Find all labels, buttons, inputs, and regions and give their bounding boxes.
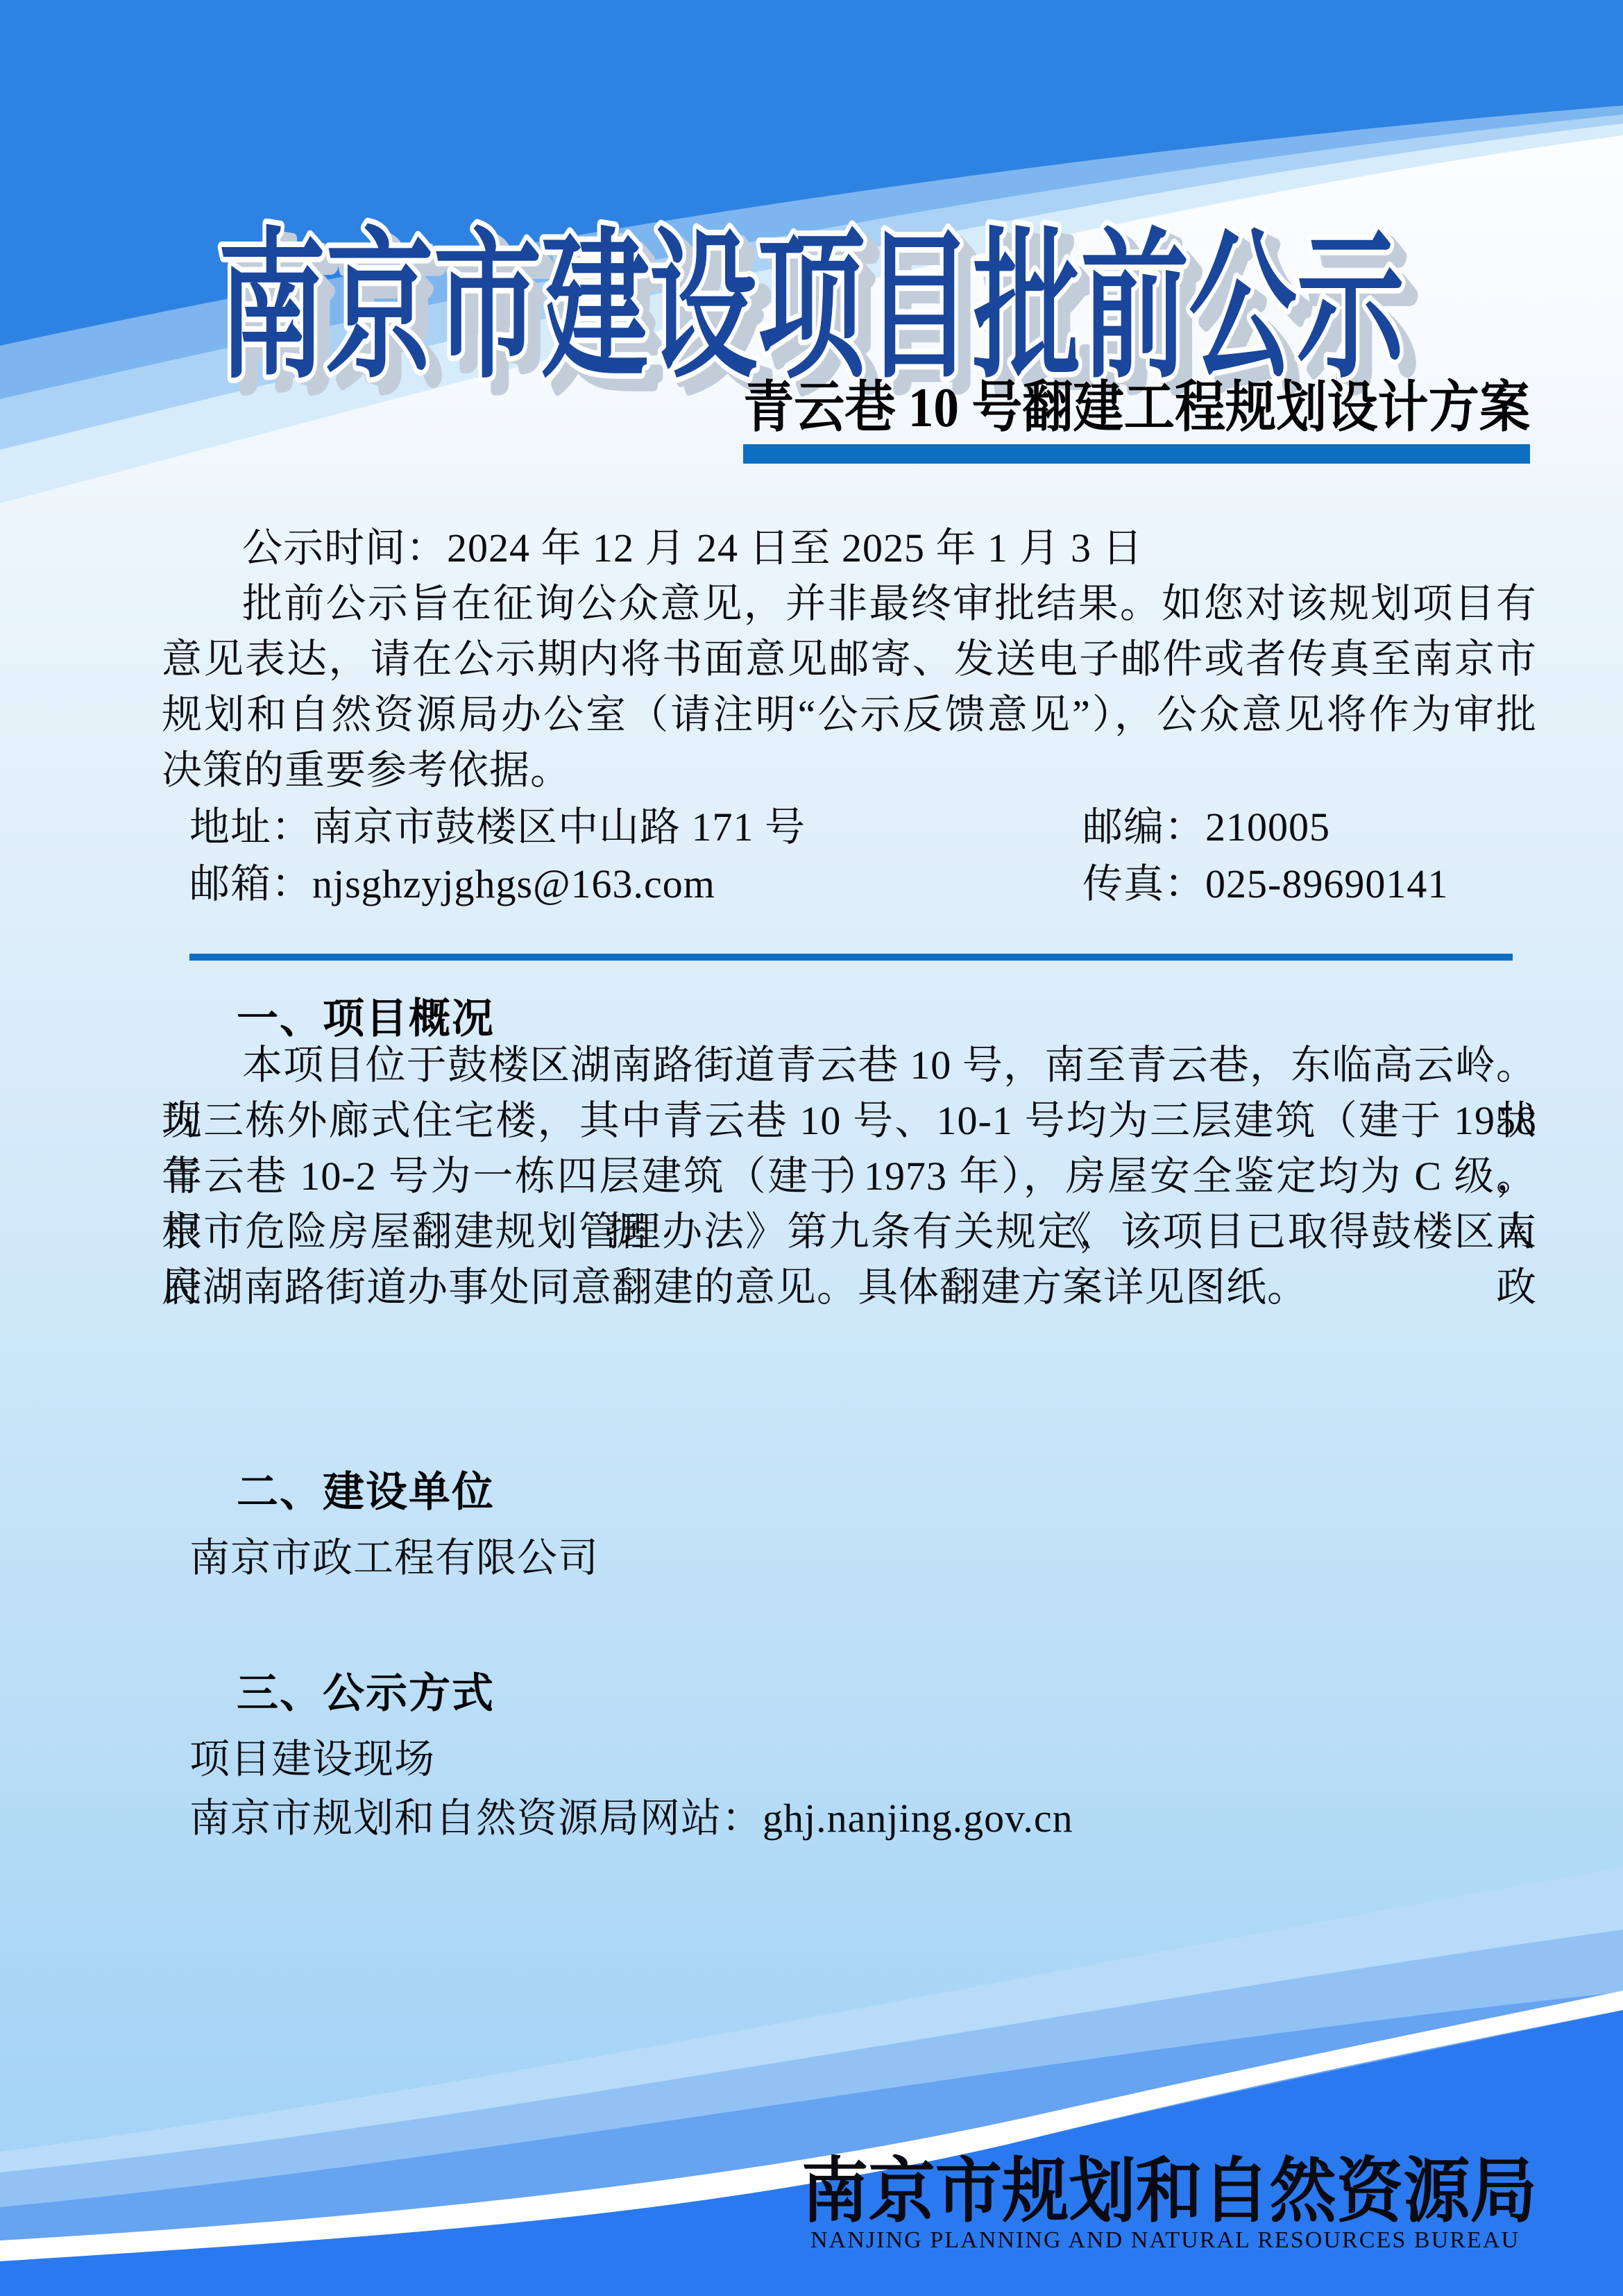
section-line: 府湖南路街道办事处同意翻建的意见。具体翻建方案详见图纸。: [162, 1260, 1537, 1315]
notice-paragraph-line: 决策的重要参考依据。: [162, 743, 1537, 798]
section-heading-publicity: 三、公示方式: [237, 1666, 495, 1721]
notice-paragraph-line: 意见表达，请在公示期内将书面意见邮寄、发送电子邮件或者传真至南京市: [162, 632, 1537, 687]
notice-paragraph-line: 批前公示旨在征询公众意见，并非最终审批结果。如您对该规划项目有: [162, 576, 1537, 632]
section-divider-rule: [189, 954, 1513, 961]
section-line: 项目建设现场: [189, 1732, 435, 1787]
bureau-name-cn: 南京市规划和自然资源局: [801, 2153, 1537, 2231]
notice-paragraph-line: 规划和自然资源局办公室（请注明“公示反馈意见”），公众意见将作为审批: [162, 687, 1537, 743]
header-banner: 南京市建设项目批前公示 南京市建设项目批前公示 青云巷 10 号翻建工程规划设计…: [0, 0, 1623, 541]
section-line: 南京市规划和自然资源局网站：ghj.nanjing.gov.cn: [189, 1791, 1073, 1846]
footer-banner: 南京市规划和自然资源局 NANJING PLANNING AND NATURAL…: [0, 1845, 1623, 2296]
notice-period-line: 公示时间：2024 年 12 月 24 日至 2025 年 1 月 3 日: [162, 521, 1537, 576]
contact-fax: 传真：025-89690141: [1082, 856, 1448, 912]
page-title: 南京市建设项目批前公示: [218, 217, 1405, 397]
subtitle-underline-bar: [743, 444, 1530, 464]
section-line: 南京市政工程有限公司: [189, 1530, 599, 1586]
notice-page: 南京市建设项目批前公示 南京市建设项目批前公示 青云巷 10 号翻建工程规划设计…: [0, 0, 1623, 2296]
contact-address: 地址：南京市鼓楼区中山路 171 号: [189, 800, 806, 855]
contact-postcode: 邮编：210005: [1082, 800, 1330, 855]
section-heading-builder: 二、建设单位: [237, 1464, 495, 1520]
contact-email: 邮箱：njsghzyjghgs@163.com: [189, 856, 715, 912]
subtitle: 青云巷 10 号翻建工程规划设计方案: [743, 378, 1530, 439]
